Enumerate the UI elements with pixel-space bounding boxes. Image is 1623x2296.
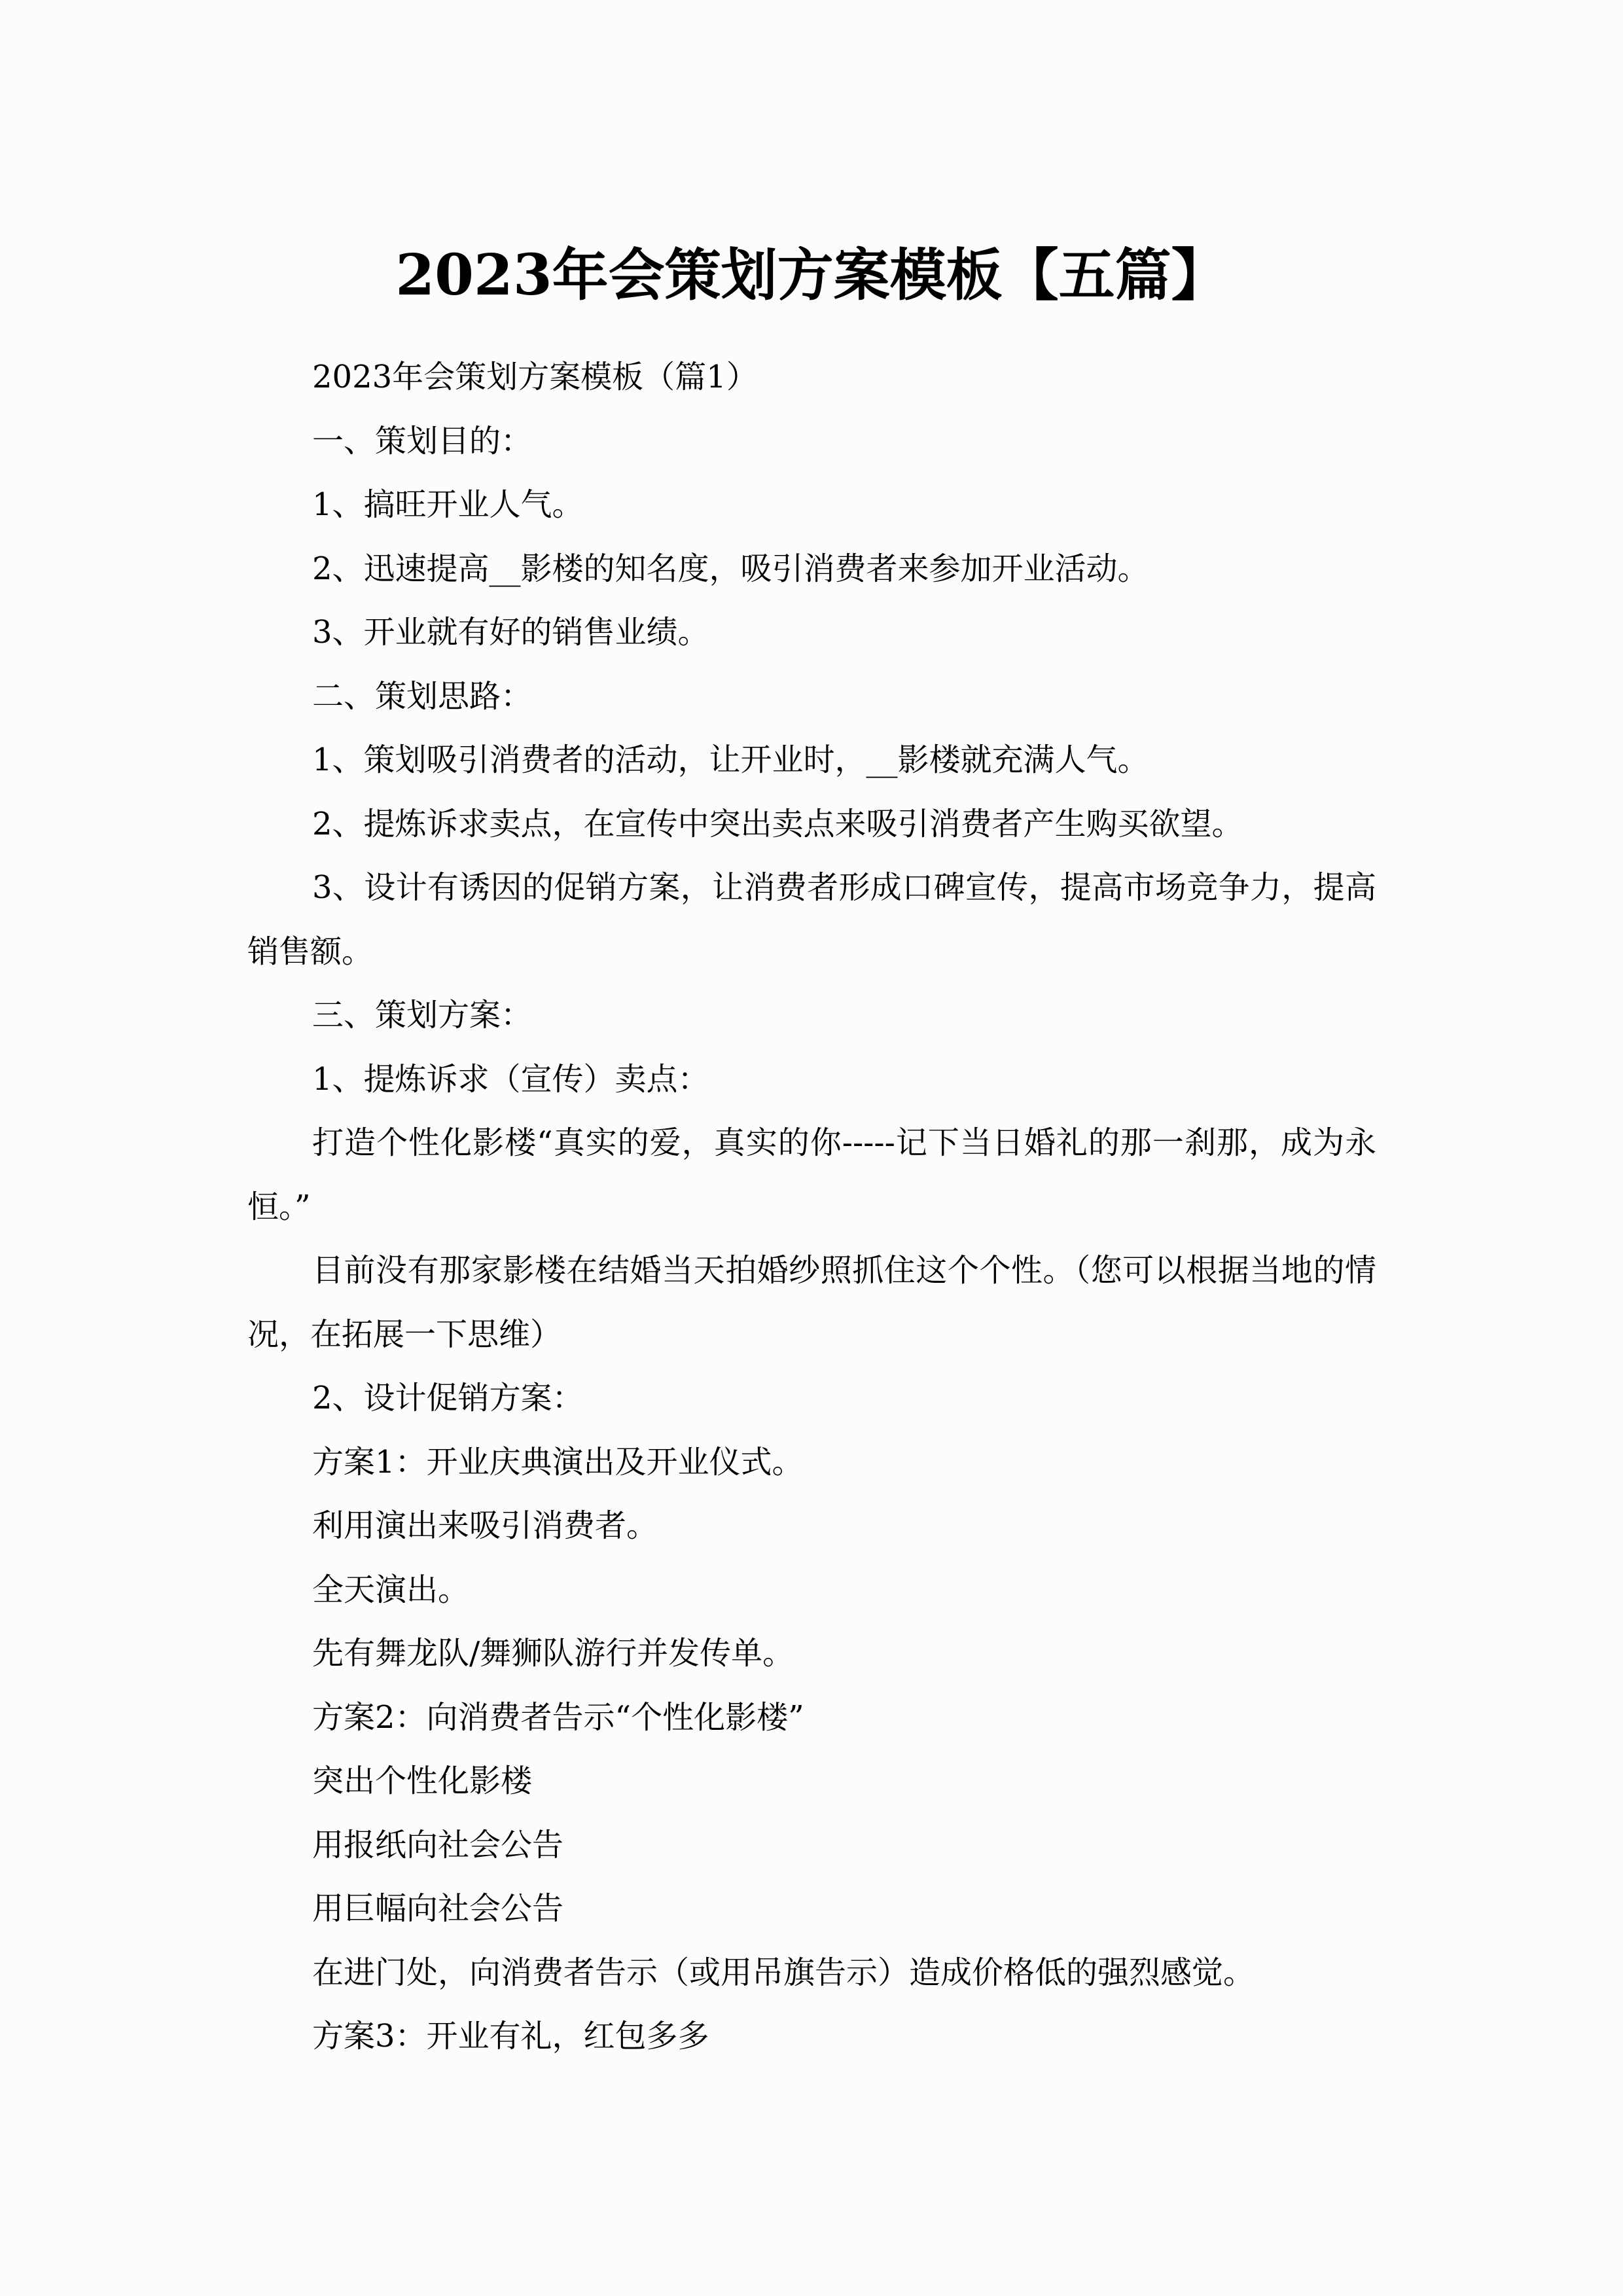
document-page: 2023年会策划方案模板【五篇】 2023年会策划方案模板（篇1） 一、策划目的… xyxy=(0,0,1623,2296)
purpose-item-3: 3、开业就有好的销售业绩。 xyxy=(247,601,1376,665)
plan-2-detail-3: 用巨幅向社会公告 xyxy=(247,1877,1376,1941)
section-heading-piece-1: 2023年会策划方案模板（篇1） xyxy=(247,346,1376,410)
plan-1-detail-3: 先有舞龙队/舞狮队游行并发传单。 xyxy=(247,1622,1376,1686)
heading-planning-approach: 二、策划思路： xyxy=(247,665,1376,729)
scheme-subheading-selling-points: 1、提炼诉求（宣传）卖点： xyxy=(247,1048,1376,1112)
selling-point-slogan: 打造个性化影楼“真实的爱，真实的你-----记下当日婚礼的那一刹那，成为永恒。” xyxy=(247,1111,1376,1239)
scheme-subheading-promotion: 2、设计促销方案： xyxy=(247,1367,1376,1431)
plan-2-detail-4: 在进门处，向消费者告示（或用吊旗告示）造成价格低的强烈感觉。 xyxy=(247,1941,1376,2005)
document-title: 2023年会策划方案模板【五篇】 xyxy=(0,233,1623,318)
plan-3-heading: 方案3：开业有礼，红包多多 xyxy=(247,2005,1376,2069)
heading-planning-purpose: 一、策划目的： xyxy=(247,410,1376,474)
approach-item-2: 2、提炼诉求卖点，在宣传中突出卖点来吸引消费者产生购买欲望。 xyxy=(247,793,1376,857)
document-body: 2023年会策划方案模板（篇1） 一、策划目的： 1、搞旺开业人气。 2、迅速提… xyxy=(247,346,1376,2069)
purpose-item-1: 1、搞旺开业人气。 xyxy=(247,473,1376,537)
plan-2-detail-2: 用报纸向社会公告 xyxy=(247,1814,1376,1878)
purpose-item-2: 2、迅速提高__影楼的知名度，吸引消费者来参加开业活动。 xyxy=(247,537,1376,601)
plan-2-detail-1: 突出个性化影楼 xyxy=(247,1749,1376,1814)
approach-item-3: 3、设计有诱因的促销方案，让消费者形成口碑宣传，提高市场竞争力，提高销售额。 xyxy=(247,856,1376,984)
approach-item-1: 1、策划吸引消费者的活动，让开业时，__影楼就充满人气。 xyxy=(247,728,1376,793)
plan-1-detail-1: 利用演出来吸引消费者。 xyxy=(247,1494,1376,1558)
selling-point-note: 目前没有那家影楼在结婚当天拍婚纱照抓住这个个性。（您可以根据当地的情况，在拓展一… xyxy=(247,1239,1376,1367)
plan-2-heading: 方案2：向消费者告示“个性化影楼” xyxy=(247,1686,1376,1750)
plan-1-heading: 方案1：开业庆典演出及开业仪式。 xyxy=(247,1431,1376,1495)
heading-planning-scheme: 三、策划方案： xyxy=(247,984,1376,1048)
plan-1-detail-2: 全天演出。 xyxy=(247,1558,1376,1623)
